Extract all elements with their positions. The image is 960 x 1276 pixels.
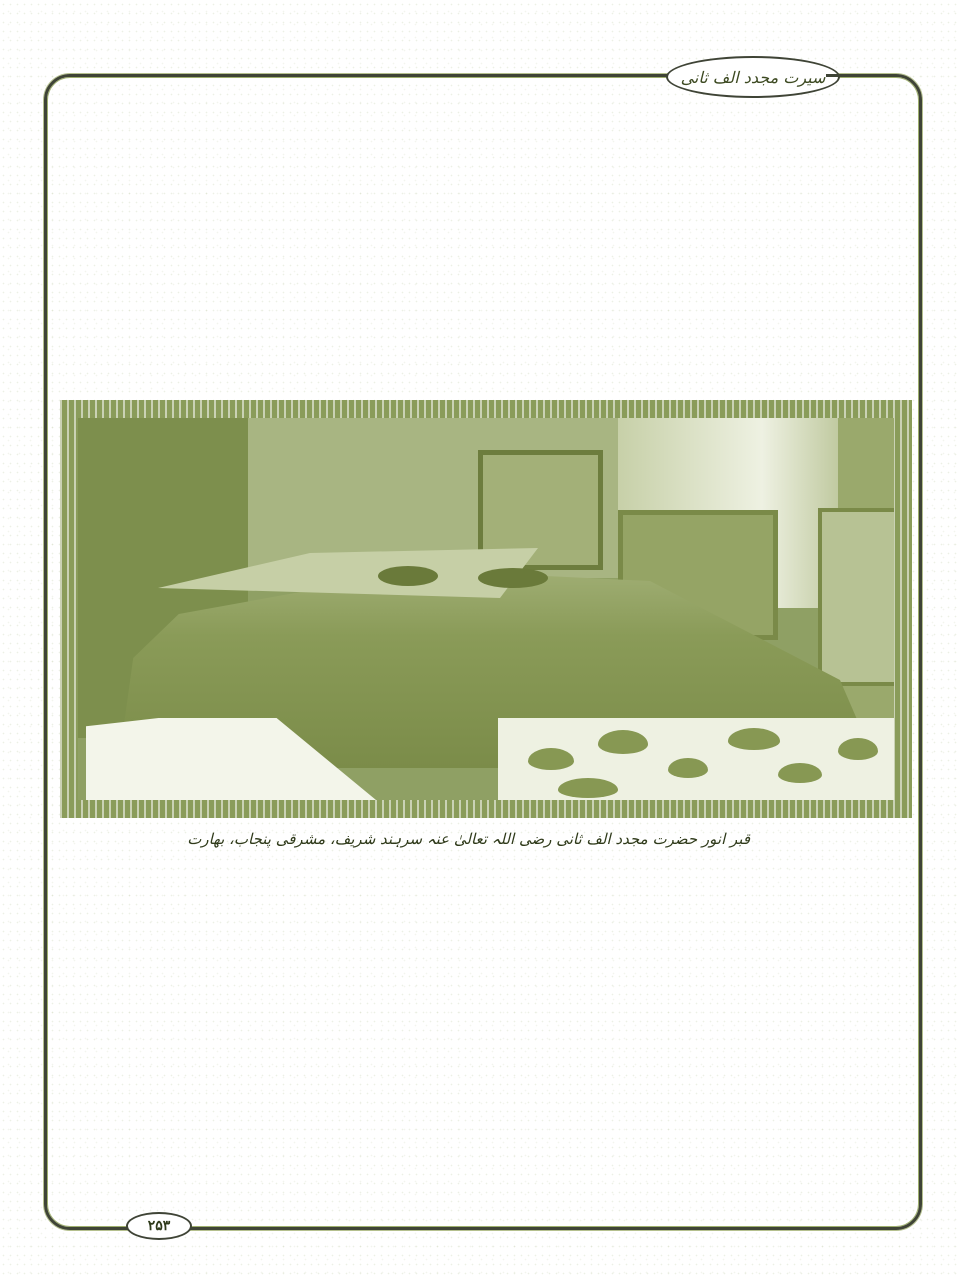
photo-petal [528, 748, 574, 770]
tomb-photo [78, 418, 894, 800]
figure-caption: قبر انور حضرت مجدد الف ثانی رضی اللہ تعا… [210, 830, 750, 848]
page-number-text: ۲۵۳ [148, 1218, 171, 1234]
photo-petal [838, 738, 878, 760]
photo-frame [60, 400, 912, 818]
photo-calligraphy-frame-3 [818, 508, 894, 686]
photo-petal [598, 730, 648, 754]
photo-wreath [478, 568, 548, 588]
running-title: سیرت مجدد الف ثانی [681, 68, 826, 87]
photo-petal [778, 763, 822, 783]
photo-petal [728, 728, 780, 750]
photo-petal [668, 758, 708, 778]
running-header: سیرت مجدد الف ثانی [666, 56, 840, 98]
photo-wreath [378, 566, 438, 586]
page-number: ۲۵۳ [126, 1212, 192, 1240]
photo-petal [558, 778, 618, 798]
